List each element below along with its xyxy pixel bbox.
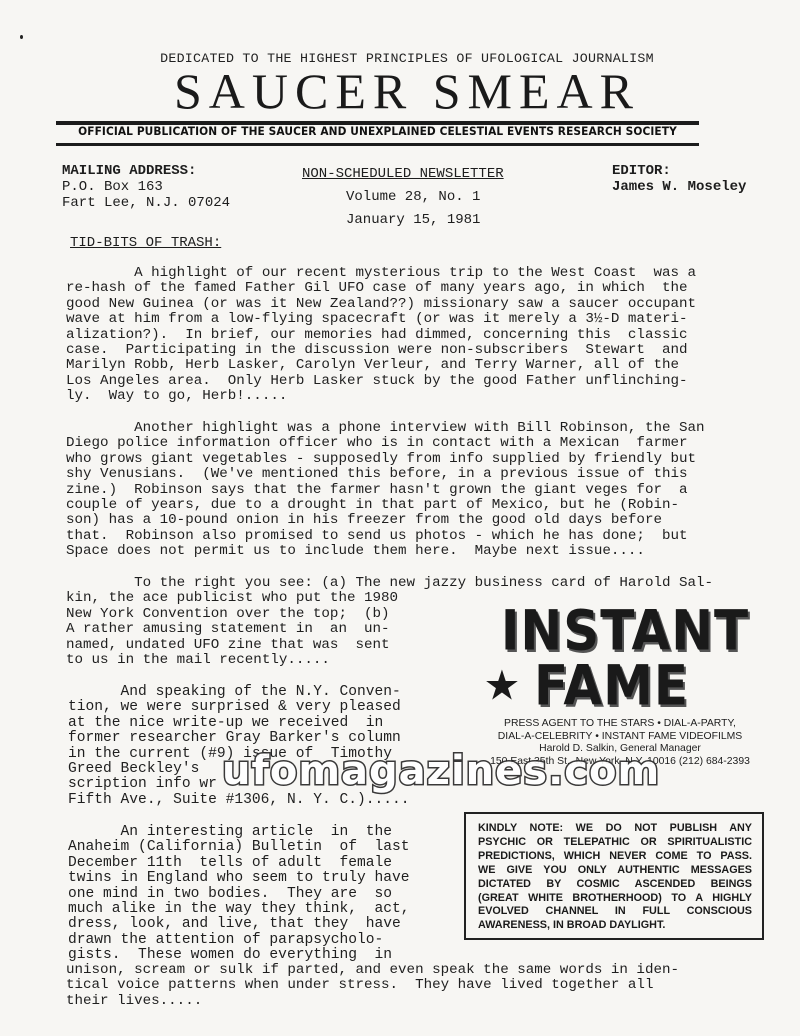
bottom-rule	[56, 143, 699, 146]
paragraph-twins: An interesting article in the Anaheim (C…	[68, 825, 410, 964]
newsletter-type: NON-SCHEDULED NEWSLETTER	[302, 163, 504, 186]
notice-line: PREDICTIONS, WHICH NEVER COME TO PASS.	[478, 850, 752, 864]
paragraph-father-gil: A highlight of our recent mysterious tri…	[66, 266, 696, 405]
notice-line: WE GIVE YOU ONLY AUTHENTIC MESSAGES	[478, 864, 752, 878]
mailing-address: MAILING ADDRESS: P.O. Box 163 Fart Lee, …	[62, 163, 230, 211]
notice-line: (GREAT WHITE BROTHERHOOD) TO A HIGHLY	[478, 892, 752, 906]
kindly-note-box: KINDLY NOTE: WE DO NOT PUBLISH ANY PSYCH…	[464, 812, 764, 940]
volume-number: Volume 28, No. 1	[346, 186, 504, 209]
notice-line: AWARENESS, IN BROAD DAYLIGHT.	[478, 919, 752, 933]
ink-speck	[20, 35, 23, 39]
editor-label: EDITOR:	[612, 163, 746, 179]
editor-block: EDITOR: James W. Moseley	[612, 163, 746, 195]
notice-line: EVOLVED CHANNEL IN FULL CONSCIOUS	[478, 905, 752, 919]
star-icon: ★	[470, 660, 534, 712]
paragraph-giant-vegetables: Another highlight was a phone interview …	[66, 421, 705, 560]
card-tagline-2: DIAL-A-CELEBRITY • INSTANT FAME VIDEOFIL…	[470, 731, 770, 744]
mailing-line-2: Fart Lee, N.J. 07024	[62, 195, 230, 211]
notice-line: PSYCHIC OR TELEPATHIC OR SPIRITUALISTIC	[478, 836, 752, 850]
mailing-label: MAILING ADDRESS:	[62, 163, 230, 179]
paragraph-twins-continued: unison, scream or sulk if parted, and ev…	[66, 963, 679, 1009]
watermark: ufomagazines.com	[222, 748, 660, 794]
card-title-fame: FAME	[534, 659, 689, 714]
mailing-line-1: P.O. Box 163	[62, 179, 230, 195]
issue-info: NON-SCHEDULED NEWSLETTER Volume 28, No. …	[302, 163, 504, 232]
card-tagline-1: PRESS AGENT TO THE STARS • DIAL-A-PARTY,	[470, 718, 770, 731]
official-publication-line: OFFICIAL PUBLICATION OF THE SAUCER AND U…	[56, 126, 699, 139]
notice-line: KINDLY NOTE: WE DO NOT PUBLISH ANY	[478, 822, 752, 836]
notice-line: DICTATED BY COSMIC ASCENDED BEINGS	[478, 878, 752, 892]
section-title: TID-BITS OF TRASH:	[70, 235, 221, 251]
issue-date: January 15, 1981	[346, 209, 504, 232]
card-title-instant: INSTANT	[490, 604, 760, 659]
editor-name: James W. Moseley	[612, 179, 746, 195]
top-rule	[56, 121, 699, 125]
masthead-title: SAUCER SMEAR	[0, 62, 800, 120]
